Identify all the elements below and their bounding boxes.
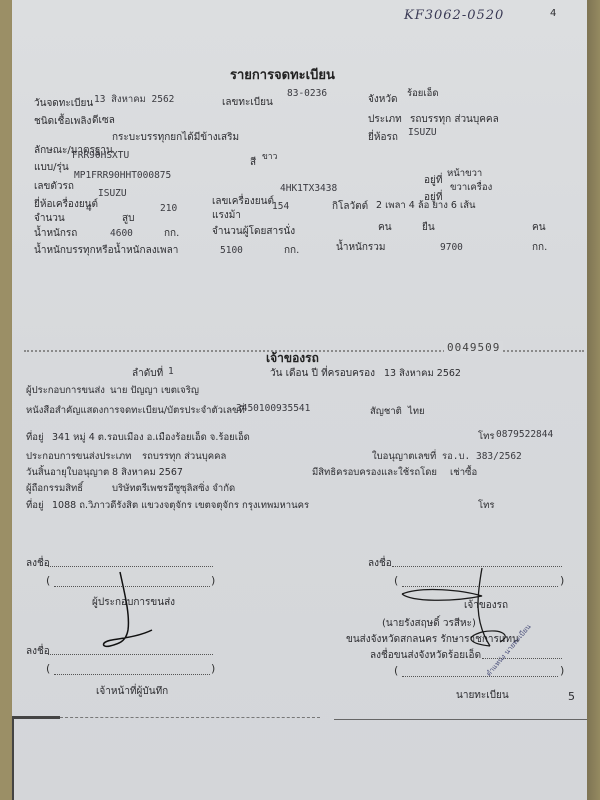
holder-name: บริษัทตรีเพชรอีซูซุลิสซิ่ง จำกัด xyxy=(112,481,235,496)
reg-date-label: วันจดทะเบียน xyxy=(34,96,93,111)
bottom-rule-right xyxy=(334,719,589,720)
hp-label: แรงม้า xyxy=(212,208,241,223)
operator-label: ผู้ประกอบการขนส่ง xyxy=(26,383,105,398)
gross-label: น้ำหนักรวม xyxy=(336,240,386,255)
kw-label: กิโลวัตต์ xyxy=(332,199,368,214)
owner-phone: 0879522844 xyxy=(496,429,553,440)
gross-weight: 9700 xyxy=(440,242,463,253)
chassis-loc-label: อยู่ที่ xyxy=(424,173,442,188)
document-page: KF3062-0520 4 รายการจดทะเบียน วันจดทะเบี… xyxy=(12,0,589,800)
address-label: ที่อยู่ xyxy=(26,430,44,445)
bottom-rule-left xyxy=(12,716,60,719)
owned-date-label: วัน เดือน ปี ที่ครอบครอง xyxy=(270,366,375,381)
owner-address: 341 หมู่ 4 ต.รอบเมือง อ.เมืองร้อยเอ็ด จ.… xyxy=(52,430,250,445)
weight-unit: กก. xyxy=(164,226,179,241)
reg-date: 13 สิงหาคม 2562 xyxy=(94,92,174,107)
sign-label-operator: ลงชื่อ xyxy=(26,556,50,571)
recorder-role: เจ้าหน้าที่ผู้บันทึก xyxy=(96,684,168,699)
cc: 210 xyxy=(160,203,177,214)
id-label: หนังสือสำคัญแสดงการจดทะเบียน/บัตรประจำตั… xyxy=(26,403,245,418)
engine-location: ขวาเครื่อง xyxy=(450,180,492,195)
separator-number: 0049509 xyxy=(444,341,503,354)
registrar-role: นายทะเบียน xyxy=(456,688,509,703)
stand-unit: คน xyxy=(532,220,546,235)
phone-label: โทร xyxy=(478,429,494,444)
fuel-label: ชนิดเชื้อเพลิง xyxy=(34,114,91,129)
nationality: ไทย xyxy=(408,404,425,419)
page-number-bottom: 5 xyxy=(568,690,575,703)
reg-no-label: เลขทะเบียน xyxy=(222,95,273,110)
axles-wheels: 2 เพลา 4 ล้อ ยาง 6 เส้น xyxy=(376,198,476,213)
engine-no-label: เลขเครื่องยนต์ xyxy=(212,194,274,209)
vehicle-type: รถบรรทุก ส่วนบุคคล xyxy=(410,112,499,127)
horsepower: 154 xyxy=(272,201,289,212)
seats-unit: คน xyxy=(378,220,392,235)
chassis-label: เลขตัวรถ xyxy=(34,179,74,194)
background-edge xyxy=(587,0,600,800)
rights: เช่าซื้อ xyxy=(450,465,477,480)
province-label: จังหวัด xyxy=(368,92,397,107)
holder-phone-label: โทร xyxy=(478,498,494,513)
brand-label: ยี่ห้อรถ xyxy=(368,130,398,145)
load-label: น้ำหนักบรรทุกหรือน้ำหนักลงเพลา xyxy=(34,243,178,258)
engine-no: 4HK1TX3438 xyxy=(280,183,337,194)
license-label: ใบอนุญาตเลขที่ xyxy=(372,449,436,464)
name-line-recorder xyxy=(54,674,210,675)
cylinders: 4 xyxy=(86,203,92,214)
nationality-label: สัญชาติ xyxy=(370,404,402,419)
seats-label: จำนวนผู้โดยสารนั่ง xyxy=(212,224,295,239)
weight-label: น้ำหนักรถ xyxy=(34,226,77,241)
load-weight: 5100 xyxy=(220,245,243,256)
op-type-label: ประกอบการขนส่งประเภท xyxy=(26,449,131,464)
operator-signature xyxy=(100,570,160,660)
fuel: ดีเซล xyxy=(92,113,115,128)
chassis-location: หน้าขวา xyxy=(447,166,482,181)
holder-label: ผู้ถือกรรมสิทธิ์ xyxy=(26,481,83,496)
color: ขาว xyxy=(262,149,277,163)
id-number: 3450100935541 xyxy=(236,403,310,414)
document-title: รายการจดทะเบียน xyxy=(230,64,335,85)
seq: 1 xyxy=(168,366,174,377)
bottom-left-edge xyxy=(12,716,14,800)
type-label: ประเภท xyxy=(368,112,402,127)
vehicle-weight: 4600 xyxy=(110,228,133,239)
name-line-registrar xyxy=(402,676,558,677)
reg-no: 83-0236 xyxy=(287,88,327,99)
page-number-top: 4 xyxy=(550,8,556,19)
gross-unit: กก. xyxy=(532,240,547,255)
seq-label: ลำดับที่ xyxy=(132,366,163,381)
stand-label: ยืน xyxy=(422,220,435,235)
rights-label: มีสิทธิครอบครองและใช้รถโดย xyxy=(312,465,437,480)
license-no: รอ.บ. 383/2562 xyxy=(442,449,522,464)
chassis-no: MP1FRR90HHT000875 xyxy=(74,170,171,181)
load-unit: กก. xyxy=(284,243,299,258)
expiry-label: วันสิ้นอายุใบอนุญาต xyxy=(26,465,109,480)
holder-address: 1088 ถ.วิภาวดีรังสิต แขวงจตุจักร เขตจตุจ… xyxy=(52,498,309,513)
cylinder-label: สูบ xyxy=(122,211,134,226)
op-type: รถบรรทุก ส่วนบุคคล xyxy=(142,449,226,464)
handwritten-reference: KF3062-0520 xyxy=(404,8,504,23)
color-label: สี xyxy=(250,155,256,170)
body-type: กระบะบรรทุกยกได้มีข้างเสริม xyxy=(112,130,239,145)
sign-line-operator xyxy=(48,566,213,567)
model-label: แบบ/รุ่น xyxy=(34,160,69,175)
model: FRR90HSXTU xyxy=(72,150,129,161)
brand: ISUZU xyxy=(408,127,437,138)
holder-address-label: ที่อยู่ xyxy=(26,498,44,513)
license-expiry: 8 สิงหาคม 2567 xyxy=(112,465,183,480)
province: ร้อยเอ็ด xyxy=(407,86,439,101)
count-label: จำนวน xyxy=(34,211,65,226)
engine-brand: ISUZU xyxy=(98,188,127,199)
bottom-rule xyxy=(60,717,320,718)
owned-date: 13 สิงหาคม 2562 xyxy=(384,366,461,381)
operator-name: นาย ปัญญา เขตเจริญ xyxy=(110,383,199,398)
sign-label-recorder: ลงชื่อ xyxy=(26,644,50,659)
